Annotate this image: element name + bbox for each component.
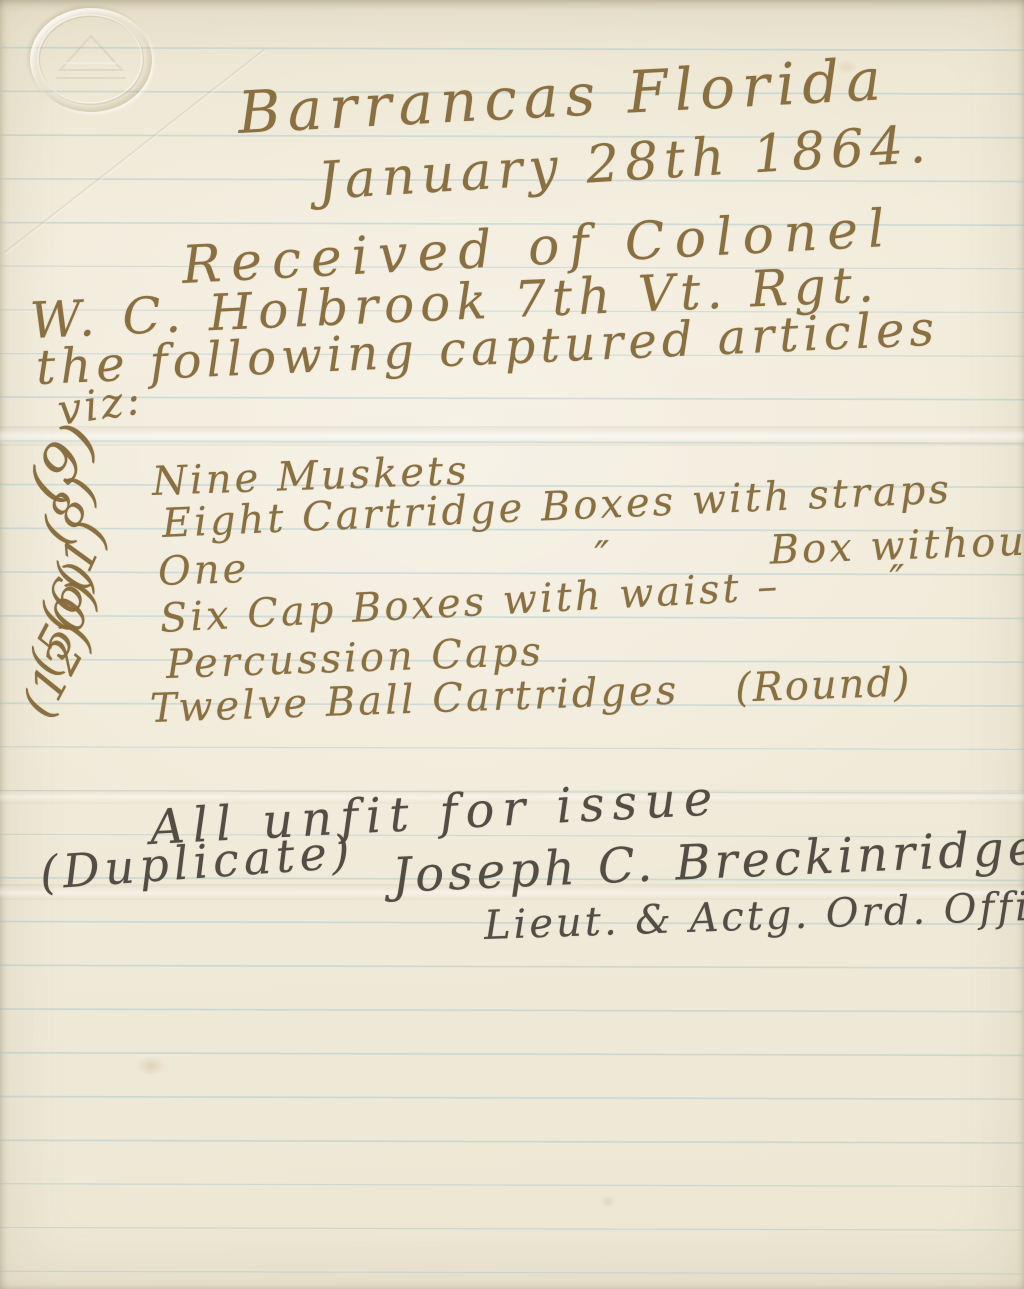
list-item-note: (Round) (734, 659, 912, 711)
age-stain (600, 1196, 616, 1208)
embossed-seal-icon (30, 8, 152, 112)
fold-crease-top (0, 426, 1024, 446)
document-page: Barrancas Florida January 28th 1864. Rec… (0, 0, 1024, 1289)
age-stain (136, 1056, 166, 1076)
